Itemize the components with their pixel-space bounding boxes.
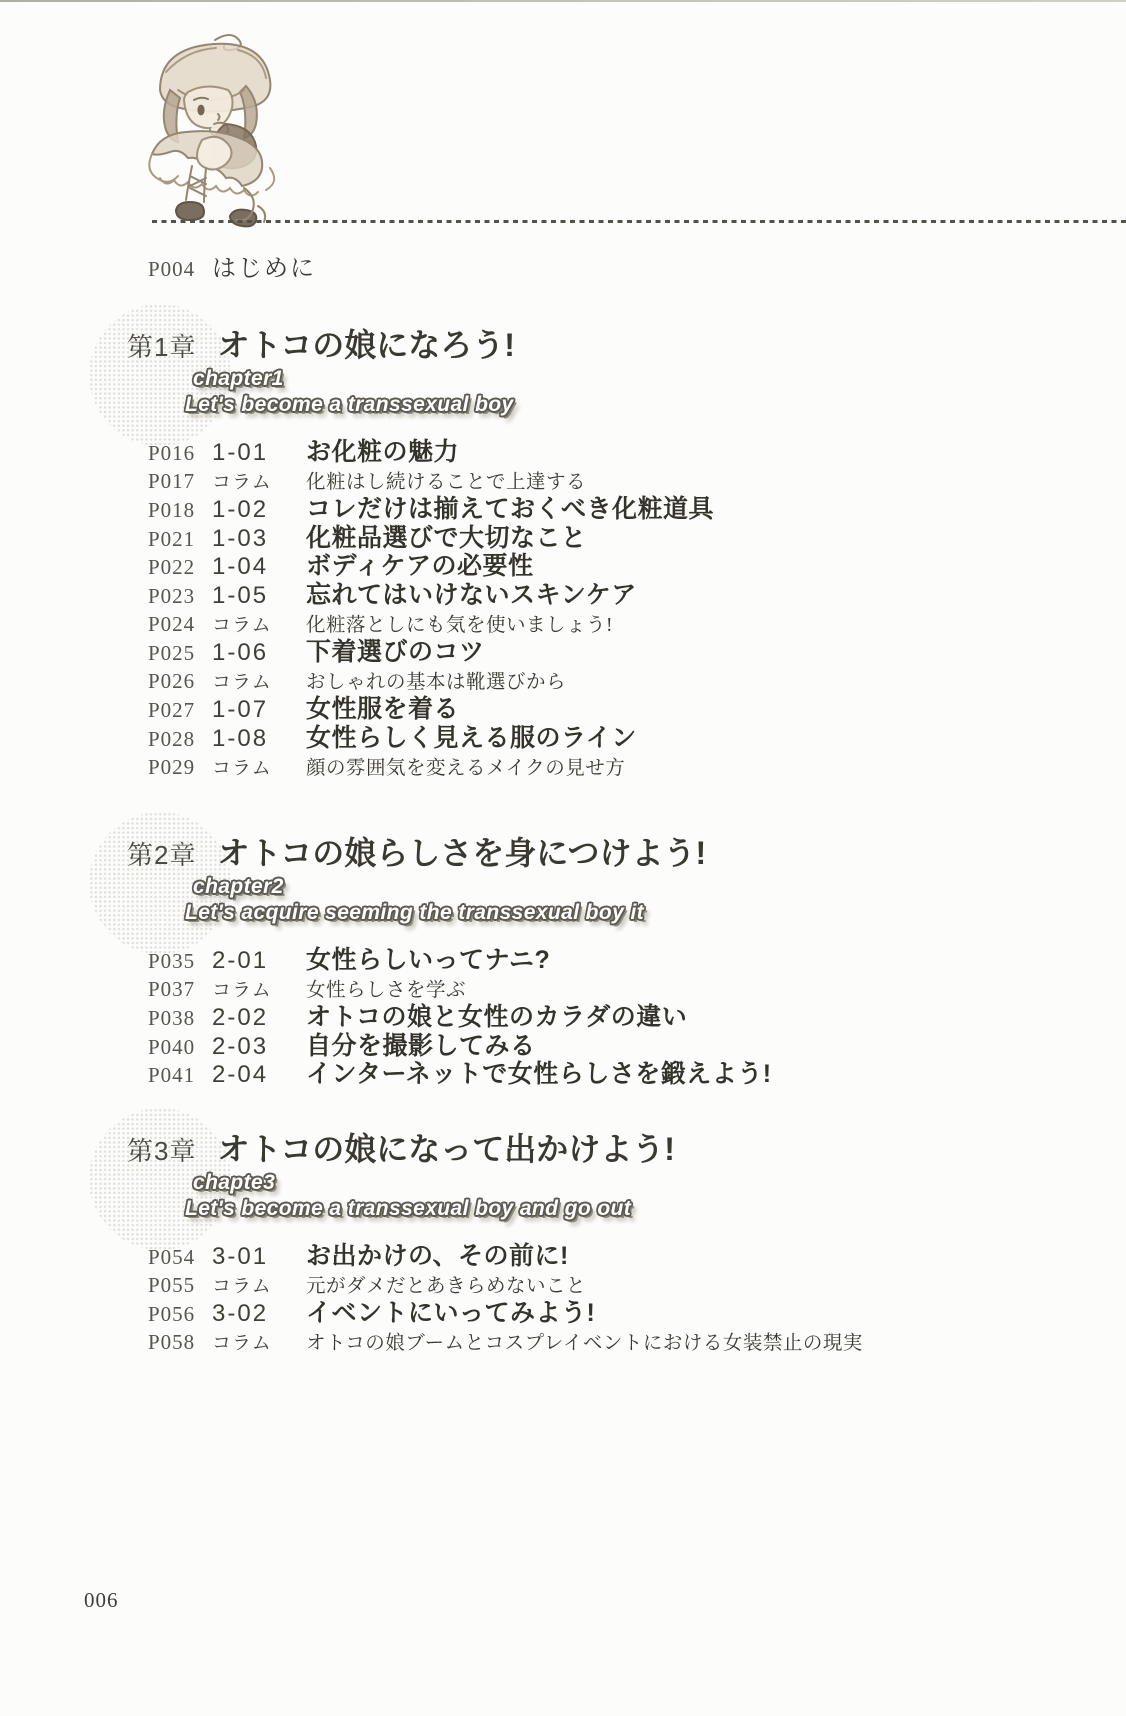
entry-page-label: P028 <box>148 725 212 754</box>
page-number: 006 <box>84 1588 119 1613</box>
entry-title: オトコの娘ブームとコスプレイベントにおける女装禁止の現実 <box>306 1330 863 1359</box>
entry-title: イベントにいってみよう! <box>306 1299 595 1328</box>
entry-number: 1-05 <box>212 582 306 611</box>
entry-title: 化粧落としにも気を使いましょう! <box>306 612 613 641</box>
entry-page-label: P025 <box>148 639 212 668</box>
girl-illustration <box>118 28 303 233</box>
toc-entry: P0231-05忘れてはいけないスキンケア <box>148 581 1067 610</box>
entry-title: 化粧はし続けることで上達する <box>306 469 586 498</box>
chapter-subtitle: chapte3Let's become a transsexual boy an… <box>193 1170 1067 1222</box>
entry-page-label: P027 <box>148 696 212 725</box>
chapter-subtitle: chapter2Let's acquire seeming the transs… <box>193 874 1067 926</box>
entry-number: 1-02 <box>212 496 306 525</box>
entry-page-label: P026 <box>148 667 212 696</box>
dotted-divider <box>152 220 1126 223</box>
entry-number: 1-03 <box>212 525 306 554</box>
entry-title: インターネットで女性らしさを鍛えよう! <box>306 1060 772 1089</box>
entry-page-label: P040 <box>148 1033 212 1062</box>
front-matter-page-label: P004 <box>148 257 212 282</box>
entry-page-label: P056 <box>148 1300 212 1329</box>
chapter-subtitle-line1: chapter1 <box>193 366 284 392</box>
entry-page-label: P016 <box>148 439 212 468</box>
chapter-title: オトコの娘になって出かけよう! <box>217 1124 674 1170</box>
toc-entry: P0181-02コレだけは揃えておくべき化粧道具 <box>148 495 1067 524</box>
entry-page-label: P024 <box>148 610 212 639</box>
chapter-title: オトコの娘らしさを身につけよう! <box>217 828 706 874</box>
toc-entry: P0412-04インターネットで女性らしさを鍛えよう! <box>148 1060 1067 1089</box>
entry-page-label: P058 <box>148 1328 212 1357</box>
toc-entry: P017コラム化粧はし続けることで上達する <box>148 467 1067 496</box>
entry-number: 2-01 <box>212 947 306 976</box>
toc-entry: P0402-03自分を撮影してみる <box>148 1032 1067 1061</box>
chapter-entries: P0352-01女性らしいってナニ?P037コラム女性らしさを学ぶP0382-0… <box>148 946 1067 1089</box>
entry-title: ボディケアの必要性 <box>306 552 534 581</box>
toc-entry: P0271-07女性服を着る <box>148 695 1067 724</box>
entry-page-label: P041 <box>148 1061 212 1090</box>
entry-number: 2-03 <box>212 1033 306 1062</box>
toc-entry: P0543-01お出かけの、その前に! <box>148 1242 1067 1271</box>
chapter-subtitle-line2: Let's become a transsexual boy and go ou… <box>185 1196 631 1222</box>
entry-title: お出かけの、その前に! <box>306 1242 569 1271</box>
entry-title: 自分を撮影してみる <box>306 1032 536 1061</box>
toc-entry: P037コラム女性らしさを学ぶ <box>148 975 1067 1004</box>
entry-page-label: P055 <box>148 1271 212 1300</box>
chapter-block-2: 第2章オトコの娘らしさを身につけよう!chapter2Let's acquire… <box>127 828 1067 1089</box>
chapter-label: 第1章 <box>127 327 196 364</box>
entry-page-label: P054 <box>148 1243 212 1272</box>
entry-number: コラム <box>212 1273 306 1302</box>
entry-title: コレだけは揃えておくべき化粧道具 <box>306 495 714 524</box>
entry-number: 1-08 <box>212 725 306 754</box>
entry-number: コラム <box>212 669 306 698</box>
entry-title: 顔の雰囲気を変えるメイクの見せ方 <box>306 755 625 784</box>
chapter-label: 第3章 <box>127 1131 196 1168</box>
entry-page-label: P035 <box>148 947 212 976</box>
chapter-heading: 第3章オトコの娘になって出かけよう! <box>127 1124 1067 1168</box>
chapter-label: 第2章 <box>127 835 196 872</box>
front-matter-title: はじめに <box>212 248 316 283</box>
entry-title: お化粧の魅力 <box>306 438 459 467</box>
toc-entry: P0352-01女性らしいってナニ? <box>148 946 1067 975</box>
toc-entry: P0161-01お化粧の魅力 <box>148 438 1067 467</box>
chapter-block-1: 第1章オトコの娘になろう!chapter1Let's become a tran… <box>127 320 1067 781</box>
entry-number: 1-01 <box>212 439 306 468</box>
entry-number: 1-06 <box>212 639 306 668</box>
chapter-subtitle-line2: Let's acquire seeming the transsexual bo… <box>185 900 644 926</box>
chapter-subtitle-line2: Let's become a transsexual boy <box>185 392 514 418</box>
entry-title: オトコの娘と女性のカラダの違い <box>306 1003 687 1032</box>
entry-title: 忘れてはいけないスキンケア <box>306 581 637 610</box>
entry-title: おしゃれの基本は靴選びから <box>306 669 566 698</box>
front-matter-row: P004 はじめに <box>148 248 316 283</box>
toc-entry: P0382-02オトコの娘と女性のカラダの違い <box>148 1003 1067 1032</box>
chapter-subtitle-line1: chapte3 <box>193 1170 275 1196</box>
entry-title: 女性らしく見える服のライン <box>306 724 637 753</box>
toc-entry: P0563-02イベントにいってみよう! <box>148 1299 1067 1328</box>
entry-number: コラム <box>212 612 306 641</box>
entry-page-label: P021 <box>148 525 212 554</box>
chapter-subtitle-line1: chapter2 <box>193 874 284 900</box>
chapter-heading: 第1章オトコの娘になろう! <box>127 320 1067 364</box>
entry-number: コラム <box>212 469 306 498</box>
entry-page-label: P017 <box>148 467 212 496</box>
toc-entry: P029コラム顔の雰囲気を変えるメイクの見せ方 <box>148 753 1067 782</box>
toc-entry: P0251-06下着選びのコツ <box>148 638 1067 667</box>
entry-number: コラム <box>212 977 306 1006</box>
entry-page-label: P018 <box>148 496 212 525</box>
entry-number: 3-02 <box>212 1300 306 1329</box>
toc-entry: P0211-03化粧品選びで大切なこと <box>148 524 1067 553</box>
entry-title: 女性らしさを学ぶ <box>306 977 466 1006</box>
chapter-title: オトコの娘になろう! <box>217 320 514 366</box>
toc-entry: P058コラムオトコの娘ブームとコスプレイベントにおける女装禁止の現実 <box>148 1328 1067 1357</box>
chapter-block-3: 第3章オトコの娘になって出かけよう!chapte3Let's become a … <box>127 1124 1067 1356</box>
scanned-book-page: P004 はじめに 第1章オトコの娘になろう!chapter1Let's bec… <box>0 0 1126 1716</box>
entry-number: 3-01 <box>212 1243 306 1272</box>
chapter-entries: P0161-01お化粧の魅力P017コラム化粧はし続けることで上達するP0181… <box>148 438 1067 781</box>
entry-title: 化粧品選びで大切なこと <box>306 524 587 553</box>
entry-number: 2-04 <box>212 1061 306 1090</box>
entry-title: 女性らしいってナニ? <box>306 946 550 975</box>
entry-number: 1-04 <box>212 553 306 582</box>
entry-page-label: P037 <box>148 975 212 1004</box>
entry-page-label: P022 <box>148 553 212 582</box>
toc-entry: P0281-08女性らしく見える服のライン <box>148 724 1067 753</box>
entry-title: 元がダメだとあきらめないこと <box>306 1273 586 1302</box>
entry-number: 2-02 <box>212 1004 306 1033</box>
toc-entry: P0221-04ボディケアの必要性 <box>148 552 1067 581</box>
entry-page-label: P023 <box>148 582 212 611</box>
entry-number: コラム <box>212 755 306 784</box>
entry-number: 1-07 <box>212 696 306 725</box>
chapter-entries: P0543-01お出かけの、その前に!P055コラム元がダメだとあきらめないこと… <box>148 1242 1067 1356</box>
chapter-heading: 第2章オトコの娘らしさを身につけよう! <box>127 828 1067 872</box>
toc-entry: P055コラム元がダメだとあきらめないこと <box>148 1271 1067 1300</box>
scan-edge-artifact <box>0 0 1126 2</box>
entry-title: 女性服を着る <box>306 695 459 724</box>
toc-entry: P026コラムおしゃれの基本は靴選びから <box>148 667 1067 696</box>
entry-page-label: P038 <box>148 1004 212 1033</box>
entry-number: コラム <box>212 1330 306 1359</box>
entry-title: 下着選びのコツ <box>306 638 485 667</box>
toc-entry: P024コラム化粧落としにも気を使いましょう! <box>148 610 1067 639</box>
chapter-subtitle: chapter1Let's become a transsexual boy <box>193 366 1067 418</box>
entry-page-label: P029 <box>148 753 212 782</box>
